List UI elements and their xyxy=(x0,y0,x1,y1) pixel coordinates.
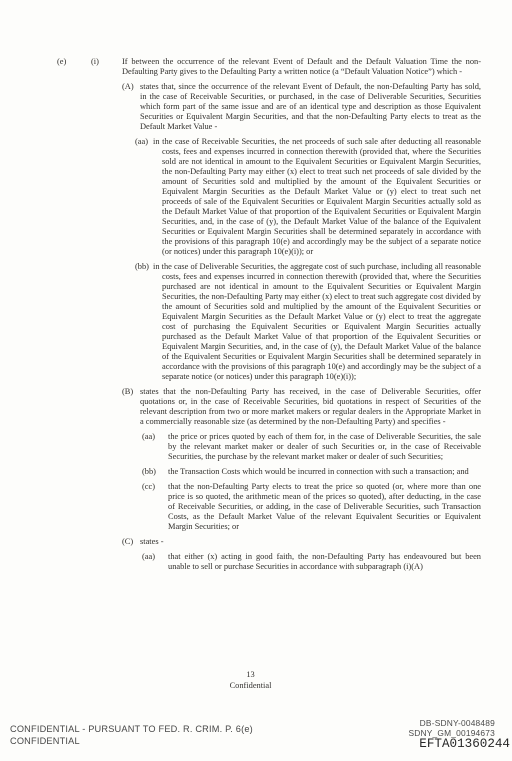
clause-item-A-bb-text: in the case of Deliverable Securities, t… xyxy=(153,262,481,381)
clause-item-B-cc: (cc)that the non-Defaulting Party elects… xyxy=(142,482,481,532)
clause-item-B-aa-text: the price or prices quoted by each of th… xyxy=(168,432,481,461)
bates-number: EFTA01360244 xyxy=(419,737,510,751)
document-page: (e) (i) If between the occurrence of the… xyxy=(0,0,512,761)
clause-item-C-aa-text: that either (x) acting in good faith, th… xyxy=(168,552,481,571)
clause-level1-marker: (e) xyxy=(57,57,66,67)
clause-item-B: (B)states that the non-Defaulting Party … xyxy=(122,387,481,427)
production-numbers: DB-SDNY-0048489 SDNY_GM_00194673 xyxy=(408,718,495,739)
clause-item-C-aa: (aa)that either (x) acting in good faith… xyxy=(142,552,481,572)
confidentiality-stamp-line1: CONFIDENTIAL - PURSUANT TO FED. R. CRIM.… xyxy=(10,724,253,736)
clause-item-C-marker: (C) xyxy=(122,537,140,547)
clause-item-C-aa-marker: (aa) xyxy=(142,552,168,562)
clause-item-A-bb: (bb)in the case of Deliverable Securitie… xyxy=(135,262,481,382)
clause-item-C-text: states - xyxy=(140,537,164,546)
clause-item-B-text: states that the non-Defaulting Party has… xyxy=(140,387,481,426)
clause-item-B-cc-marker: (cc) xyxy=(142,482,168,492)
clause-item-A-aa: (aa)in the case of Receivable Securities… xyxy=(135,137,481,257)
page-number: 13 xyxy=(20,670,481,681)
clause-item-C: (C)states - xyxy=(122,537,481,547)
clause-item-A-aa-marker: (aa) xyxy=(135,137,153,147)
clause-item-A-marker: (A) xyxy=(122,82,140,92)
clause-item-A-bb-marker: (bb) xyxy=(135,262,153,272)
clause-item-B-bb-text: the Transaction Costs which would be inc… xyxy=(168,467,469,476)
clause-item-B-aa-marker: (aa) xyxy=(142,432,168,442)
clause-item-A-aa-text: in the case of Receivable Securities, th… xyxy=(153,137,481,256)
page-footer: 13 Confidential xyxy=(20,670,481,691)
clause-item-B-cc-text: that the non-Defaulting Party elects to … xyxy=(168,482,481,531)
clause-item-B-aa: (aa)the price or prices quoted by each o… xyxy=(142,432,481,462)
confidentiality-stamp: CONFIDENTIAL - PURSUANT TO FED. R. CRIM.… xyxy=(10,724,253,748)
confidentiality-stamp-line2: CONFIDENTIAL xyxy=(10,736,253,748)
clause-item-B-bb-marker: (bb) xyxy=(142,467,168,477)
clause-item-A: (A)states that, since the occurrence of … xyxy=(122,82,481,132)
clause-item-A-text: states that, since the occurrence of the… xyxy=(140,82,481,131)
production-number-db-sdny: DB-SDNY-0048489 xyxy=(408,718,495,728)
clause-intro: If between the occurrence of the relevan… xyxy=(122,57,481,77)
clause-level2-marker: (i) xyxy=(91,57,99,67)
clause-body: (e) (i) If between the occurrence of the… xyxy=(0,57,512,572)
clause-item-B-bb: (bb)the Transaction Costs which would be… xyxy=(142,467,481,477)
clause-item-B-marker: (B) xyxy=(122,387,140,397)
confidential-label: Confidential xyxy=(20,681,481,692)
